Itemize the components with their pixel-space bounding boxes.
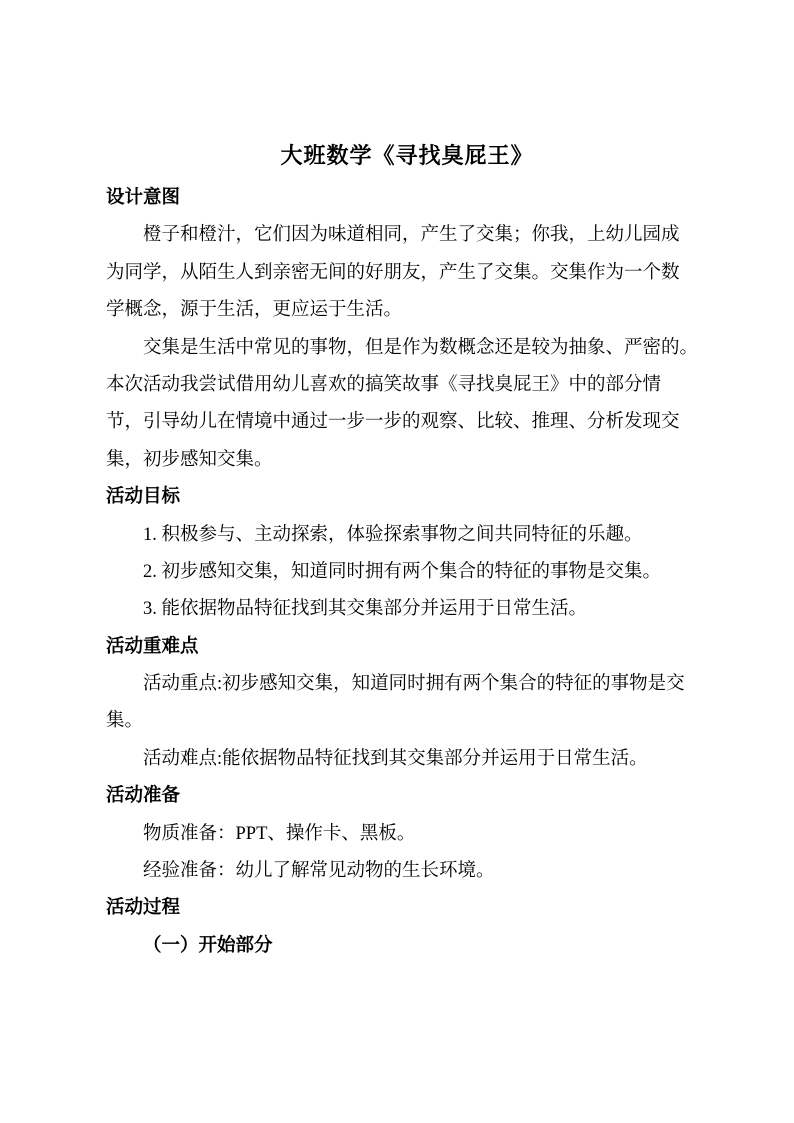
subsection-heading: （一）开始部分	[106, 928, 708, 965]
section-heading: 活动过程	[106, 890, 708, 927]
paragraph-line: 1. 积极参与、主动探索，体验探索事物之间共同特征的乐趣。	[106, 517, 708, 554]
document-content: 大班数学《寻找臭屁王》 设计意图橙子和橙汁，它们因为味道相同，产生了交集；你我，…	[106, 0, 708, 965]
section-heading: 活动目标	[106, 479, 708, 516]
paragraph-line: 节，引导幼儿在情境中通过一步一步的观察、比较、推理、分析发现交	[106, 404, 708, 441]
document-sections: 设计意图橙子和橙汁，它们因为味道相同，产生了交集；你我，上幼儿园成为同学，从陌生…	[106, 180, 708, 965]
paragraph-line: 学概念，源于生活，更应运于生活。	[106, 292, 708, 329]
paragraph-line: 集。	[106, 703, 708, 740]
document-title: 大班数学《寻找臭屁王》	[106, 136, 708, 176]
section-heading: 活动重难点	[106, 629, 708, 666]
document-page: 大班数学《寻找臭屁王》 设计意图橙子和橙汁，它们因为味道相同，产生了交集；你我，…	[0, 0, 794, 1123]
paragraph-line: 为同学，从陌生人到亲密无间的好朋友，产生了交集。交集作为一个数	[106, 255, 708, 292]
paragraph-line: 交集是生活中常见的事物，但是作为数概念还是较为抽象、严密的。	[106, 330, 708, 367]
paragraph-line: 活动难点:能依据物品特征找到其交集部分并运用于日常生活。	[106, 741, 708, 778]
paragraph-line: 橙子和橙汁，它们因为味道相同，产生了交集；你我，上幼儿园成	[106, 217, 708, 254]
section-heading: 活动准备	[106, 778, 708, 815]
paragraph-line: 2. 初步感知交集，知道同时拥有两个集合的特征的事物是交集。	[106, 554, 708, 591]
paragraph-line: 3. 能依据物品特征找到其交集部分并运用于日常生活。	[106, 591, 708, 628]
section-heading: 设计意图	[106, 180, 708, 217]
paragraph-line: 本次活动我尝试借用幼儿喜欢的搞笑故事《寻找臭屁王》中的部分情	[106, 367, 708, 404]
paragraph-line: 集，初步感知交集。	[106, 442, 708, 479]
paragraph-line: 活动重点:初步感知交集，知道同时拥有两个集合的特征的事物是交	[106, 666, 708, 703]
paragraph-line: 物质准备：PPT、操作卡、黑板。	[106, 816, 708, 853]
paragraph-line: 经验准备：幼儿了解常见动物的生长环境。	[106, 853, 708, 890]
